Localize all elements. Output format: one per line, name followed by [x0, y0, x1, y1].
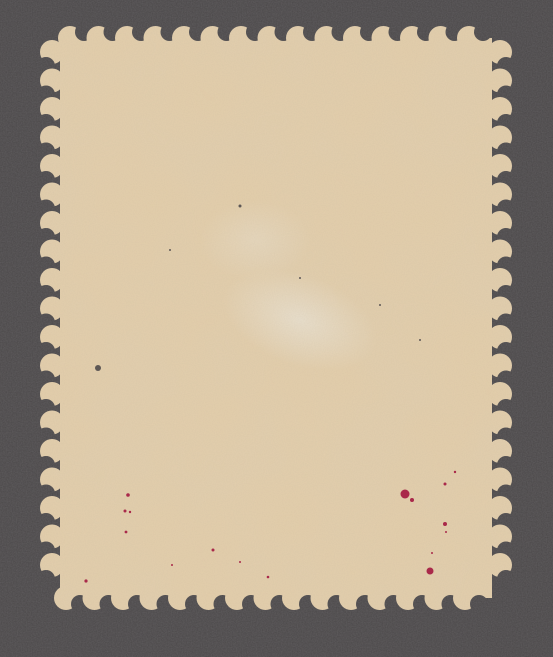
stamp-scene: [0, 0, 553, 657]
stamp: [0, 0, 553, 657]
